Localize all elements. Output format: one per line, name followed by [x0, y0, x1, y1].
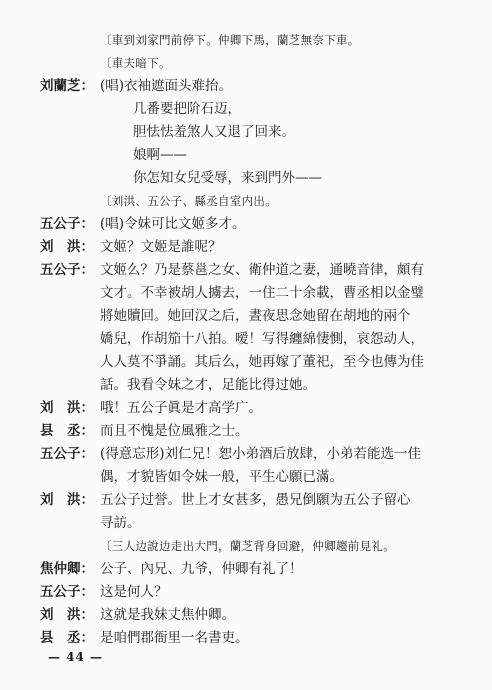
- dialogue-line: 这就是我妹丈焦仲卿。: [100, 607, 235, 623]
- speaker-name: 五公子：: [40, 262, 94, 278]
- dialogue-line: (唱)衣袖遮面头难抬。: [100, 78, 232, 94]
- dialogue-line: 是咱們郡衙里一名書吏。: [100, 630, 249, 646]
- verse-line: 胆怯怯羞煞人又退了回来。: [133, 124, 295, 140]
- stage-direction: 〔三人边說边走出大門，蘭芝背身回避，仲卿趨前見礼。: [100, 538, 395, 554]
- dialogue-line: 話。我看令妹之才，足能比得过她。: [100, 377, 316, 393]
- speaker-name: 县 丞：: [40, 423, 94, 439]
- dialogue-line: 五公子过誉。世上才女甚多，愚兄倒願为五公子留心: [100, 492, 411, 508]
- speaker-name: 五公子：: [40, 216, 94, 232]
- speaker-name: 五公子：: [40, 446, 94, 462]
- dialogue-line: 这是何人？: [100, 584, 168, 600]
- verse-line: 你怎知女兒受辱，来到門外——: [133, 170, 322, 186]
- speaker-name: 五公子：: [40, 584, 94, 600]
- speaker-name: 刘蘭芝：: [40, 78, 94, 94]
- dialogue-line: 公子、內兄、九爷，仲卿有礼了！: [100, 561, 303, 577]
- verse-line: 娘啊——: [133, 147, 187, 163]
- speaker-name: 刘 洪：: [40, 492, 94, 508]
- dialogue-line: (得意忘形)刘仁兄！恕小弟酒后放肆，小弟若能选一佳: [100, 446, 421, 462]
- dialogue-line: 人人莫不爭誦。其后么，她再嫁了董祀，至今也傳为佳: [100, 354, 424, 370]
- stage-direction: 〔車夫暗下。: [100, 55, 171, 71]
- speaker-name: 刘 洪：: [40, 239, 94, 255]
- dialogue-line: 而且不愧是位風雅之士。: [100, 423, 249, 439]
- dialogue-line: 文才。不幸被胡人擄去，一住二十余載，曹丞相以金璧: [100, 285, 424, 301]
- page-number: — 44 —: [48, 650, 103, 664]
- stage-direction: 〔刘洪、五公子、縣丞自室内出。: [100, 193, 277, 209]
- dialogue-line: 哦！五公子眞是才高学广。: [100, 400, 262, 416]
- speaker-name: 刘 洪：: [40, 607, 94, 623]
- verse-line: 几番要把阶石迈，: [133, 101, 241, 117]
- dialogue-line: 偶，才貌皆如令妹一般，平生心願已滿。: [100, 469, 343, 485]
- speaker-name: 县 丞：: [40, 630, 94, 646]
- dialogue-line: (唱)令妹可比文姬多才。: [100, 216, 246, 232]
- dialogue-line: 文姬么？乃是蔡邕之女、衛仲道之妻，通曉音律，頗有: [100, 262, 424, 278]
- dialogue-line: 文姬？文姬是誰呢？: [100, 239, 222, 255]
- dialogue-line: 嬌兒，作胡笳十八拍。嗳！写得纏綿悽惻，哀怨动人，: [100, 331, 424, 347]
- speaker-name: 刘 洪：: [40, 400, 94, 416]
- dialogue-line: 寻訪。: [100, 515, 141, 531]
- dialogue-line: 將她贖回。她回汉之后，晝夜思念她留在胡地的兩个: [100, 308, 411, 324]
- stage-direction: 〔車到刘家門前停下。仲卿下馬，蘭芝無奈下車。: [100, 32, 360, 48]
- speaker-name: 焦仲卿：: [40, 561, 94, 577]
